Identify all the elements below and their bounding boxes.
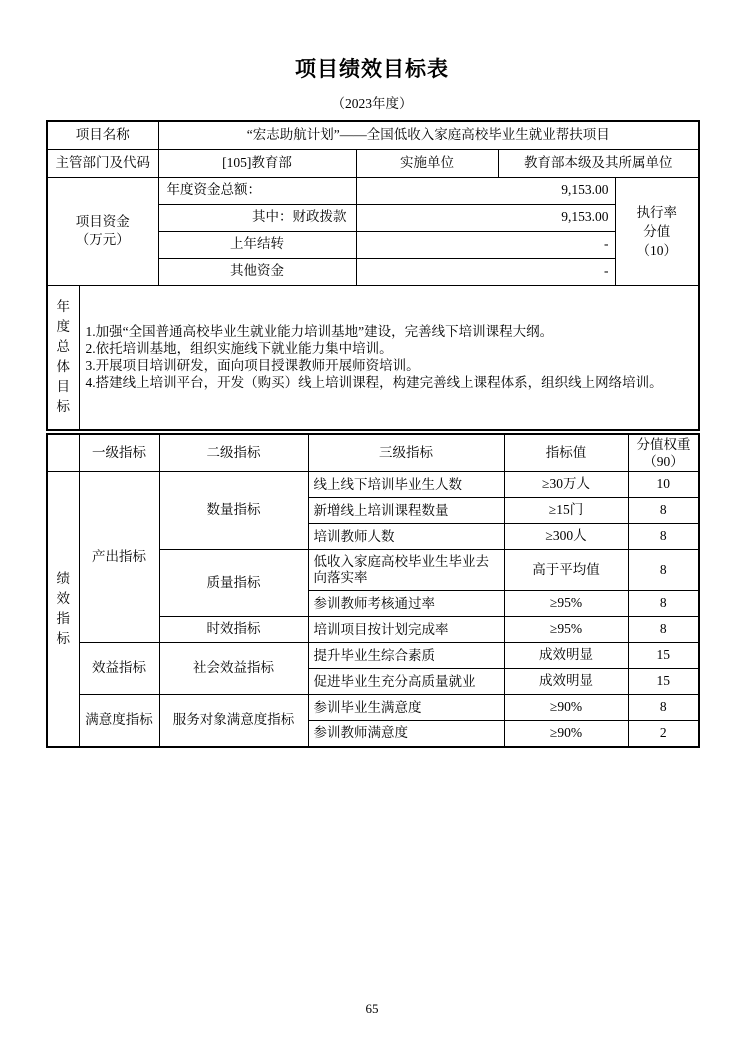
project-name-value: “宏志助航计划”——全国低收入家庭高校毕业生就业帮扶项目 [158,121,699,149]
value-cell: ≥30万人 [504,472,628,498]
score-cell: 8 [628,695,699,721]
indicator-header-row: 一级指标 二级指标 三级指标 指标值 分值权重（90） [47,434,699,472]
score-cell: 8 [628,591,699,617]
project-name-label: 项目名称 [47,121,158,149]
level3-cell: 培训项目按计划完成率 [308,617,504,643]
funding-row-value: - [356,258,615,285]
value-cell: ≥300人 [504,524,628,550]
table-row: 主管部门及代码 [105]教育部 实施单位 教育部本级及其所属单位 [47,149,699,177]
goal-line: 3.开展项目培训研发，面向项目授课教师开展师资培训。 [86,357,691,374]
funding-row-label: 上年结转 [158,231,356,258]
value-cell: ≥90% [504,721,628,747]
funding-row-value: 9,153.00 [356,204,615,231]
goal-line: 1.加强“全国普通高校毕业生就业能力培训基地”建设，完善线下培训课程大纲。 [86,323,691,340]
funding-row-label: 年度资金总额： [158,177,356,204]
score-cell: 15 [628,643,699,669]
header-score-text: 分值权重（90） [633,436,695,470]
funding-row-label: 其中：财政拨款 [158,204,356,231]
level3-cell: 线上线下培训毕业生人数 [308,472,504,498]
value-cell: ≥15门 [504,498,628,524]
header-level3: 三级指标 [308,434,504,472]
level3-cell: 参训教师考核通过率 [308,591,504,617]
impl-unit-label: 实施单位 [356,149,498,177]
score-cell: 10 [628,472,699,498]
score-cell: 8 [628,550,699,591]
dept-label: 主管部门及代码 [47,149,158,177]
score-cell: 2 [628,721,699,747]
dept-value: [105]教育部 [158,149,356,177]
annual-goal-content: 1.加强“全国普通高校毕业生就业能力培训基地”建设，完善线下培训课程大纲。 2.… [79,285,699,430]
value-cell: ≥90% [504,695,628,721]
indicator-row: 绩效指标 产出指标 数量指标 线上线下培训毕业生人数 ≥30万人 10 [47,472,699,498]
annual-goal-label: 年度总体目标 [47,285,79,430]
page-subtitle: （2023年度） [0,96,744,112]
score-cell: 8 [628,617,699,643]
level2-cell: 质量指标 [159,550,308,617]
level3-cell: 促进毕业生充分高质量就业 [308,669,504,695]
table-row: 项目名称 “宏志助航计划”——全国低收入家庭高校毕业生就业帮扶项目 [47,121,699,149]
funding-row-value: - [356,231,615,258]
level2-cell: 数量指标 [159,472,308,550]
value-cell: ≥95% [504,591,628,617]
level3-cell: 低收入家庭高校毕业生毕业去向落实率 [308,550,504,591]
score-cell: 8 [628,498,699,524]
project-info-table: 项目名称 “宏志助航计划”——全国低收入家庭高校毕业生就业帮扶项目 主管部门及代… [46,120,700,431]
level2-cell: 服务对象满意度指标 [159,695,308,747]
value-cell: 高于平均值 [504,550,628,591]
score-cell: 8 [628,524,699,550]
funding-row-value: 9,153.00 [356,177,615,204]
level1-cell: 产出指标 [79,472,159,643]
indicator-table: 一级指标 二级指标 三级指标 指标值 分值权重（90） 绩效指标 产出指标 数量… [46,433,700,748]
level3-cell: 提升毕业生综合素质 [308,643,504,669]
performance-indicator-text: 绩效指标 [56,569,71,649]
goal-line: 4.搭建线上培训平台，开发（购买）线上培训课程，构建完善线上课程体系，组织线上网… [86,374,691,391]
level2-cell: 时效指标 [159,617,308,643]
impl-unit-value: 教育部本级及其所属单位 [498,149,699,177]
header-score: 分值权重（90） [628,434,699,472]
indicator-row: 满意度指标 服务对象满意度指标 参训毕业生满意度 ≥90% 8 [47,695,699,721]
table-row: 项目资金（万元） 年度资金总额： 9,153.00 执行率分值（10） [47,177,699,204]
table-row: 年度总体目标 1.加强“全国普通高校毕业生就业能力培训基地”建设，完善线下培训课… [47,285,699,430]
score-cell: 15 [628,669,699,695]
funding-row-label: 其他资金 [158,258,356,285]
level2-cell: 社会效益指标 [159,643,308,695]
value-cell: ≥95% [504,617,628,643]
funding-label-text: 项目资金（万元） [74,213,132,249]
goal-line: 2.依托培训基地，组织实施线下就业能力集中培训。 [86,340,691,357]
value-cell: 成效明显 [504,669,628,695]
level1-cell: 满意度指标 [79,695,159,747]
execution-rate-label: 执行率分值（10） [615,177,699,285]
level3-cell: 培训教师人数 [308,524,504,550]
page-title: 项目绩效目标表 [0,0,744,81]
header-value: 指标值 [504,434,628,472]
document-page: 项目绩效目标表 （2023年度） 项目名称 “宏志助航计划”——全国低收入家庭高… [0,0,744,1052]
level3-cell: 参训毕业生满意度 [308,695,504,721]
indicator-row: 效益指标 社会效益指标 提升毕业生综合素质 成效明显 15 [47,643,699,669]
level1-cell: 效益指标 [79,643,159,695]
header-level1: 一级指标 [79,434,159,472]
page-number: 65 [0,1001,744,1017]
header-level2: 二级指标 [159,434,308,472]
annual-goal-label-text: 年度总体目标 [56,297,71,417]
level3-cell: 参训教师满意度 [308,721,504,747]
performance-indicator-label: 绩效指标 [47,472,79,747]
level3-cell: 新增线上培训课程数量 [308,498,504,524]
execution-rate-text: 执行率分值（10） [635,203,678,260]
header-corner-cell [47,434,79,472]
funding-label: 项目资金（万元） [47,177,158,285]
value-cell: 成效明显 [504,643,628,669]
